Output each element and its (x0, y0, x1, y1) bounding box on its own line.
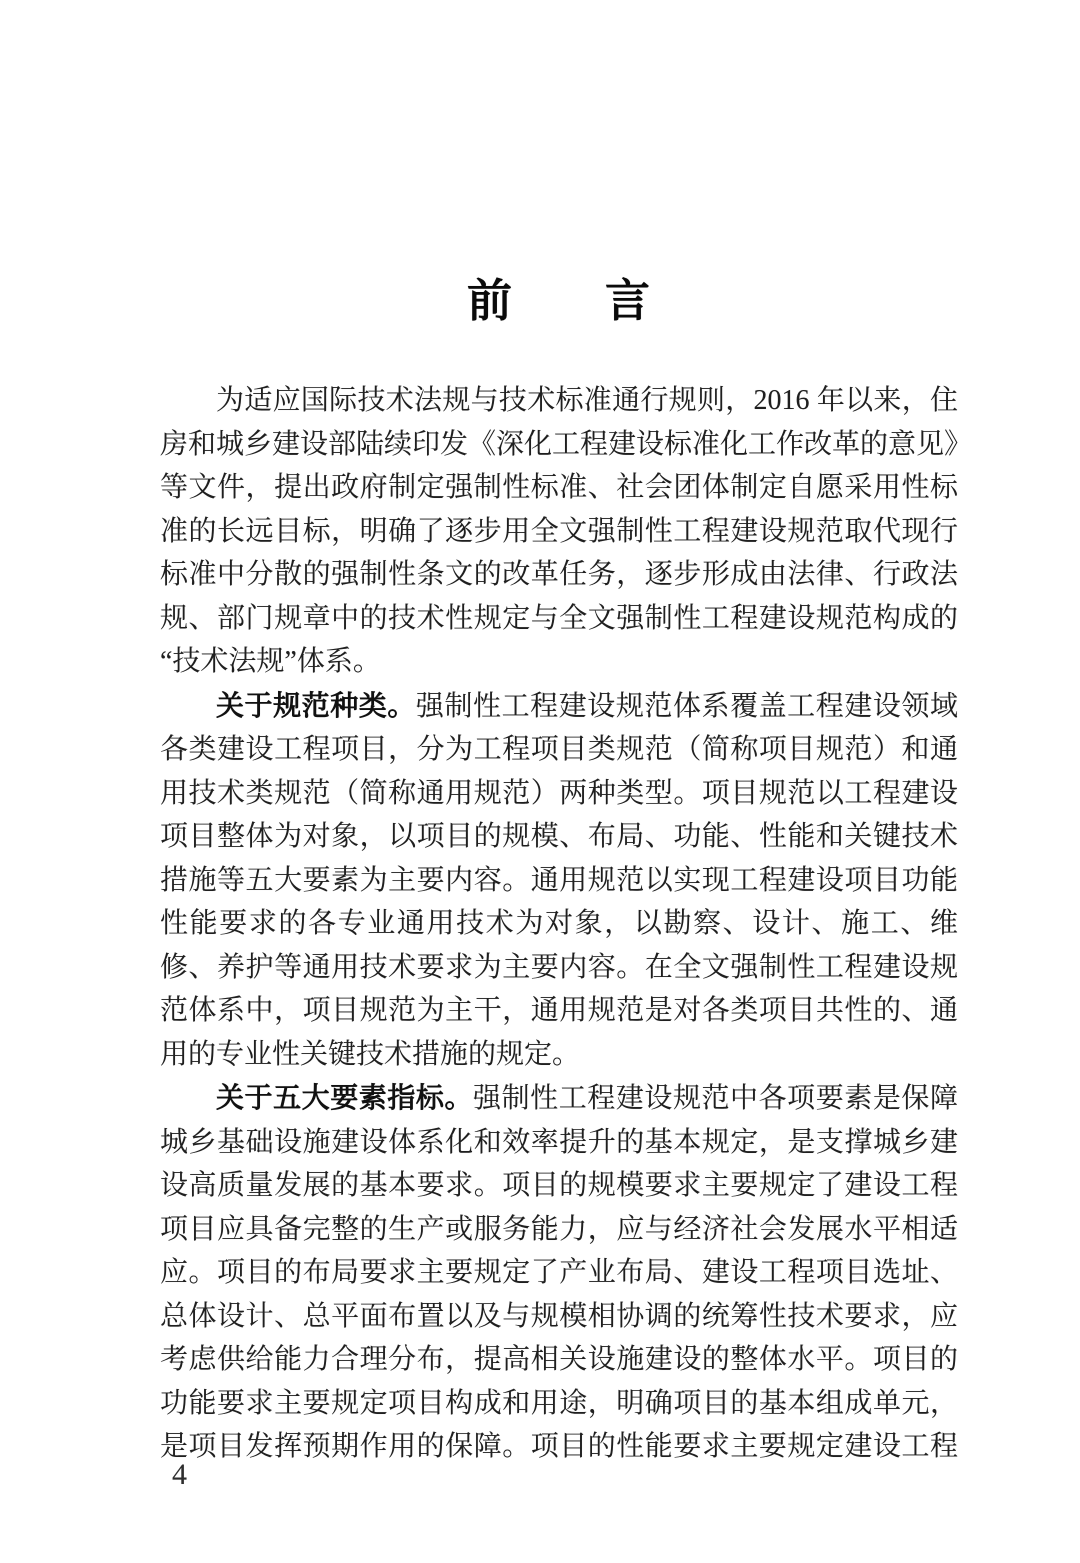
paragraph-text: 为适应国际技术法规与技术标准通行规则，2016 年以来，住房和城乡建设部陆续印发… (160, 385, 958, 677)
document-page: 前 言 为适应国际技术法规与技术标准通行规则，2016 年以来，住房和城乡建设部… (0, 0, 1080, 1563)
paragraph: 关于五大要素指标。强制性工程建设规范中各项要素是保障城乡基础设施建设体系化和效率… (160, 1076, 958, 1469)
page-title: 前 言 (160, 264, 958, 329)
paragraph-lead: 关于五大要素指标。 (216, 1082, 473, 1113)
paragraph: 为适应国际技术法规与技术标准通行规则，2016 年以来，住房和城乡建设部陆续印发… (160, 378, 958, 684)
page-number: 4 (172, 1458, 187, 1492)
body-text: 为适应国际技术法规与技术标准通行规则，2016 年以来，住房和城乡建设部陆续印发… (160, 378, 958, 1469)
paragraph-text: 强制性工程建设规范体系覆盖工程建设领域各类建设工程项目，分为工程项目类规范（简称… (160, 691, 958, 1070)
paragraph: 关于规范种类。强制性工程建设规范体系覆盖工程建设领域各类建设工程项目，分为工程项… (160, 684, 958, 1077)
paragraph-text: 强制性工程建设规范中各项要素是保障城乡基础设施建设体系化和效率提升的基本规定，是… (160, 1083, 958, 1462)
paragraph-lead: 关于规范种类。 (216, 690, 416, 721)
